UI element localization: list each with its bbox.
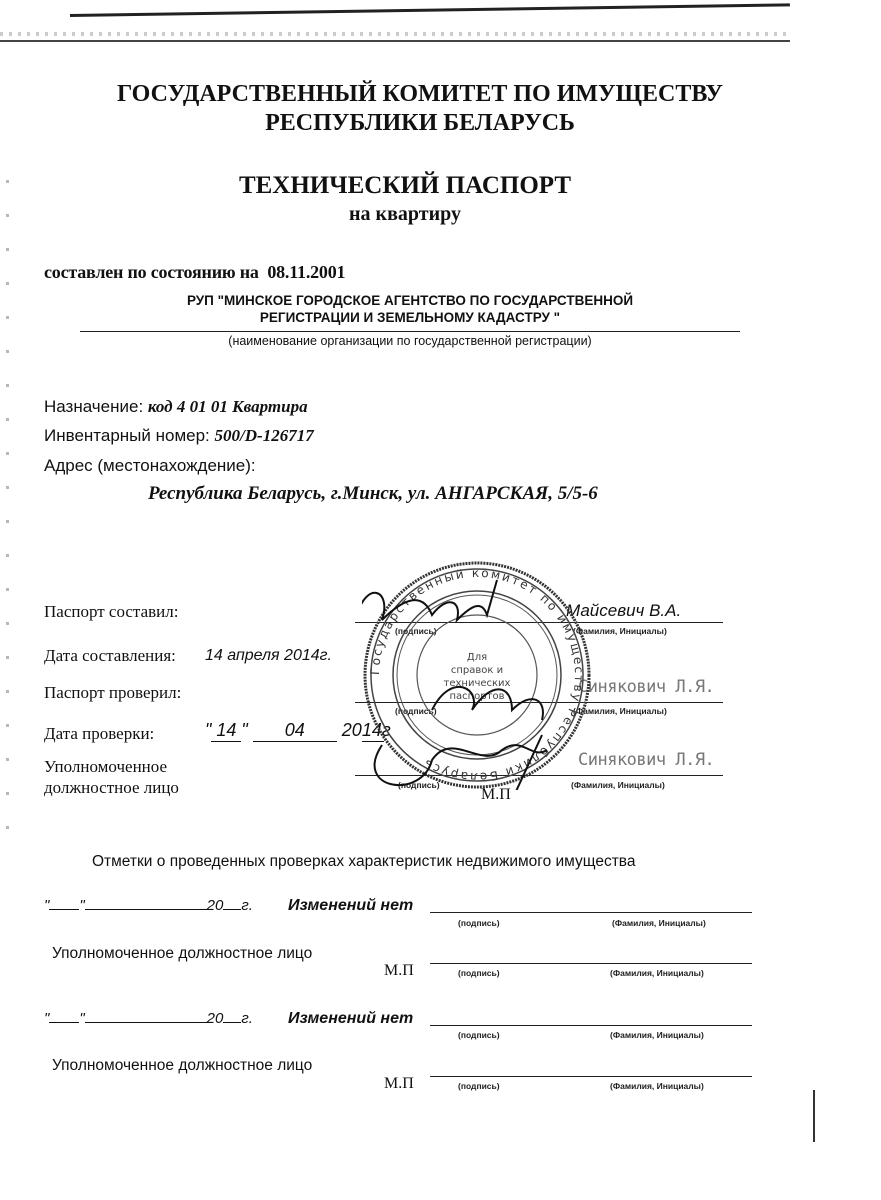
organization-name: РУП "МИНСКОЕ ГОРОДСКОЕ АГЕНТСТВО ПО ГОСУ…: [80, 292, 740, 326]
address-value: Республика Беларусь, г.Минск, ул. АНГАРС…: [148, 483, 598, 505]
check-2-signature-line: [430, 1025, 752, 1026]
check-date-month: 04: [253, 720, 337, 742]
check-1-signature-line: [430, 912, 752, 913]
check-2-seal-label: М.П: [384, 1075, 414, 1093]
check-2-signature-caption: (подпись): [458, 1030, 500, 1040]
official-seal-stamp-icon: Государственный комитет по имуществу Рес…: [362, 560, 592, 790]
check-1-seal-label: М.П: [384, 962, 414, 980]
check-2-official-label: Уполномоченное должностное лицо: [52, 1057, 312, 1075]
check-1-official-signature-caption: (подпись): [458, 968, 500, 978]
inventory-label: Инвентарный номер:: [44, 426, 210, 445]
check-1-status: Изменений нет: [288, 897, 413, 915]
checked-by-name: Синякович Л.Я.: [578, 677, 714, 697]
check-date-day: 14: [211, 720, 241, 742]
committee-line-2: РЕСПУБЛИКИ БЕЛАРУСЬ: [20, 109, 820, 138]
scan-artifact-right-line: [813, 1090, 815, 1142]
check-1-official-line: [430, 963, 752, 964]
compiled-date-value: 14 апреля 2014г.: [205, 647, 332, 665]
svg-text:справок и: справок и: [451, 665, 503, 676]
official-label: Уполномоченное должностное лицо: [44, 756, 179, 798]
document-subtitle: на квартиру: [20, 203, 790, 226]
check-2-status: Изменений нет: [288, 1010, 413, 1028]
compiled-date-label: Дата составления:: [44, 646, 176, 666]
inventory-field: Инвентарный номер: 500/D-126717: [44, 426, 314, 446]
official-label-line-1: Уполномоченное: [44, 756, 179, 777]
state-label: составлен по состоянию на: [44, 262, 259, 282]
committee-heading: ГОСУДАРСТВЕННЫЙ КОМИТЕТ ПО ИМУЩЕСТВУ РЕС…: [20, 80, 820, 138]
state-as-of: составлен по состоянию на 08.11.2001: [44, 262, 345, 283]
check-2-official-name-caption: (Фамилия, Инициалы): [610, 1081, 704, 1091]
organization-line-1: РУП "МИНСКОЕ ГОРОДСКОЕ АГЕНТСТВО ПО ГОСУ…: [80, 292, 740, 309]
official-label-line-2: должностное лицо: [44, 777, 179, 798]
check-date-value: "14" 04 2014г: [205, 720, 384, 742]
check-1-official-name-caption: (Фамилия, Инициалы): [610, 968, 704, 978]
state-date: 08.11.2001: [267, 262, 345, 282]
inventory-value: 500/D-126717: [215, 426, 314, 445]
check-1-name-caption: (Фамилия, Инициалы): [612, 918, 706, 928]
scan-artifact-margin-marks: [6, 180, 9, 860]
check-1-official-label: Уполномоченное должностное лицо: [52, 945, 312, 963]
purpose-label: Назначение:: [44, 397, 143, 416]
check-2-name-caption: (Фамилия, Инициалы): [610, 1030, 704, 1040]
check-1-date: ""20г.: [44, 897, 253, 914]
check-2-official-line: [430, 1076, 752, 1077]
address-label: Адрес (местонахождение):: [44, 456, 256, 476]
purpose-field: Назначение: код 4 01 01 Квартира: [44, 397, 308, 417]
checked-by-label: Паспорт проверил:: [44, 683, 181, 703]
check-date-year-prefix: 20: [342, 720, 362, 740]
scan-artifact-noise: [0, 32, 790, 36]
scan-artifact-rule: [0, 40, 790, 42]
official-name: Синякович Л.Я.: [578, 750, 714, 770]
check-1-signature-caption: (подпись): [458, 918, 500, 928]
purpose-value: код 4 01 01 Квартира: [148, 397, 308, 416]
committee-line-1: ГОСУДАРСТВЕННЫЙ КОМИТЕТ ПО ИМУЩЕСТВУ: [20, 80, 820, 109]
check-2-date: ""20г.: [44, 1010, 253, 1027]
check-date-label: Дата проверки:: [44, 724, 154, 744]
organization-rule: [80, 331, 740, 332]
svg-text:паспортов: паспортов: [449, 691, 504, 702]
svg-text:Для: Для: [467, 652, 487, 663]
organization-line-2: РЕГИСТРАЦИИ И ЗЕМЕЛЬНОМУ КАДАСТРУ ": [80, 309, 740, 326]
checks-title: Отметки о проведенных проверках характер…: [92, 853, 635, 871]
organization-caption: (наименование организации по государстве…: [80, 334, 740, 348]
document-title: ТЕХНИЧЕСКИЙ ПАСПОРТ: [20, 172, 790, 200]
check-2-official-signature-caption: (подпись): [458, 1081, 500, 1091]
compiled-by-label: Паспорт составил:: [44, 602, 178, 622]
scan-artifact-top-line: [70, 3, 790, 17]
